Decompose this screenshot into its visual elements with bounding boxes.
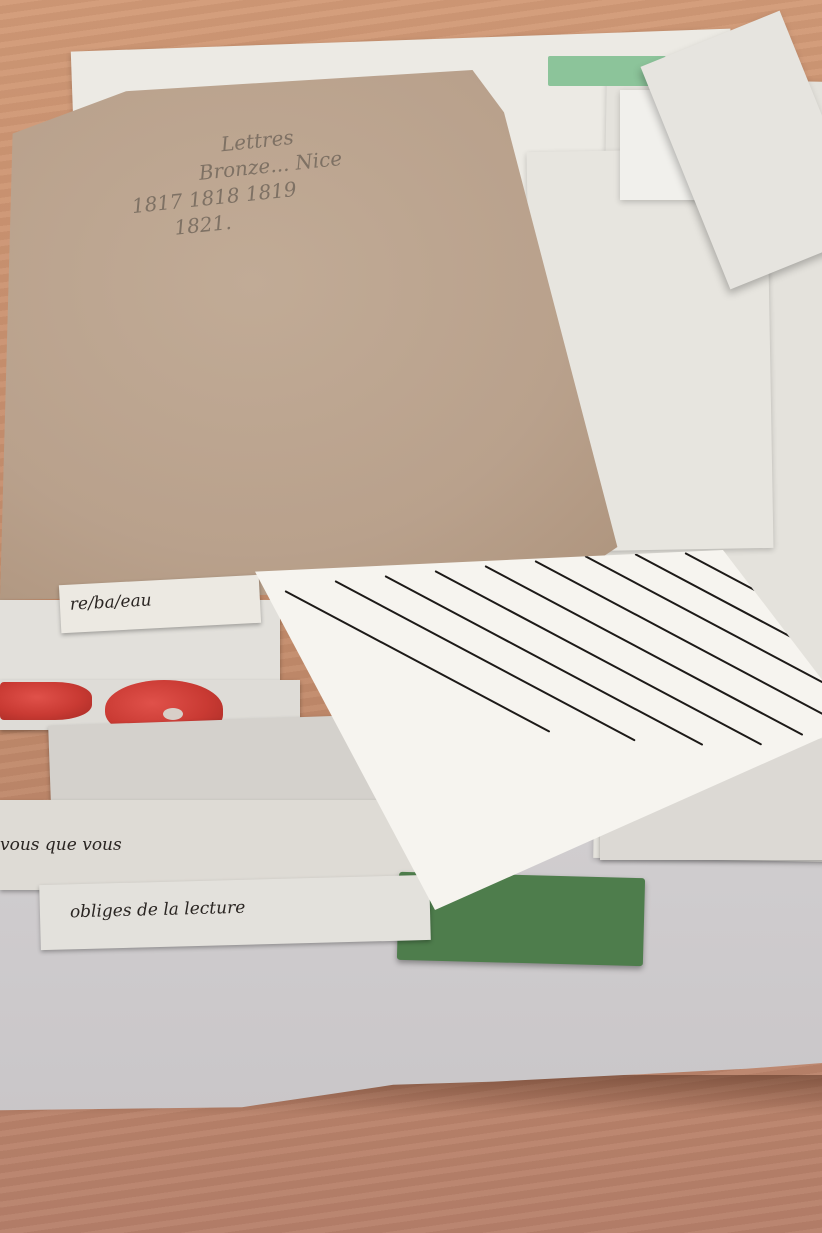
strip-handwriting: obliges de la lecture xyxy=(70,898,246,923)
folder-inscription: Lettres Bronze... Nice 1817 1818 1819 18… xyxy=(125,119,349,245)
paper-layer: obliges de la lecture xyxy=(39,875,431,950)
strip-handwriting: vous que vous xyxy=(0,835,122,855)
strip-handwriting: re/ba/eau xyxy=(69,590,152,614)
red-wax-seal xyxy=(0,682,92,720)
